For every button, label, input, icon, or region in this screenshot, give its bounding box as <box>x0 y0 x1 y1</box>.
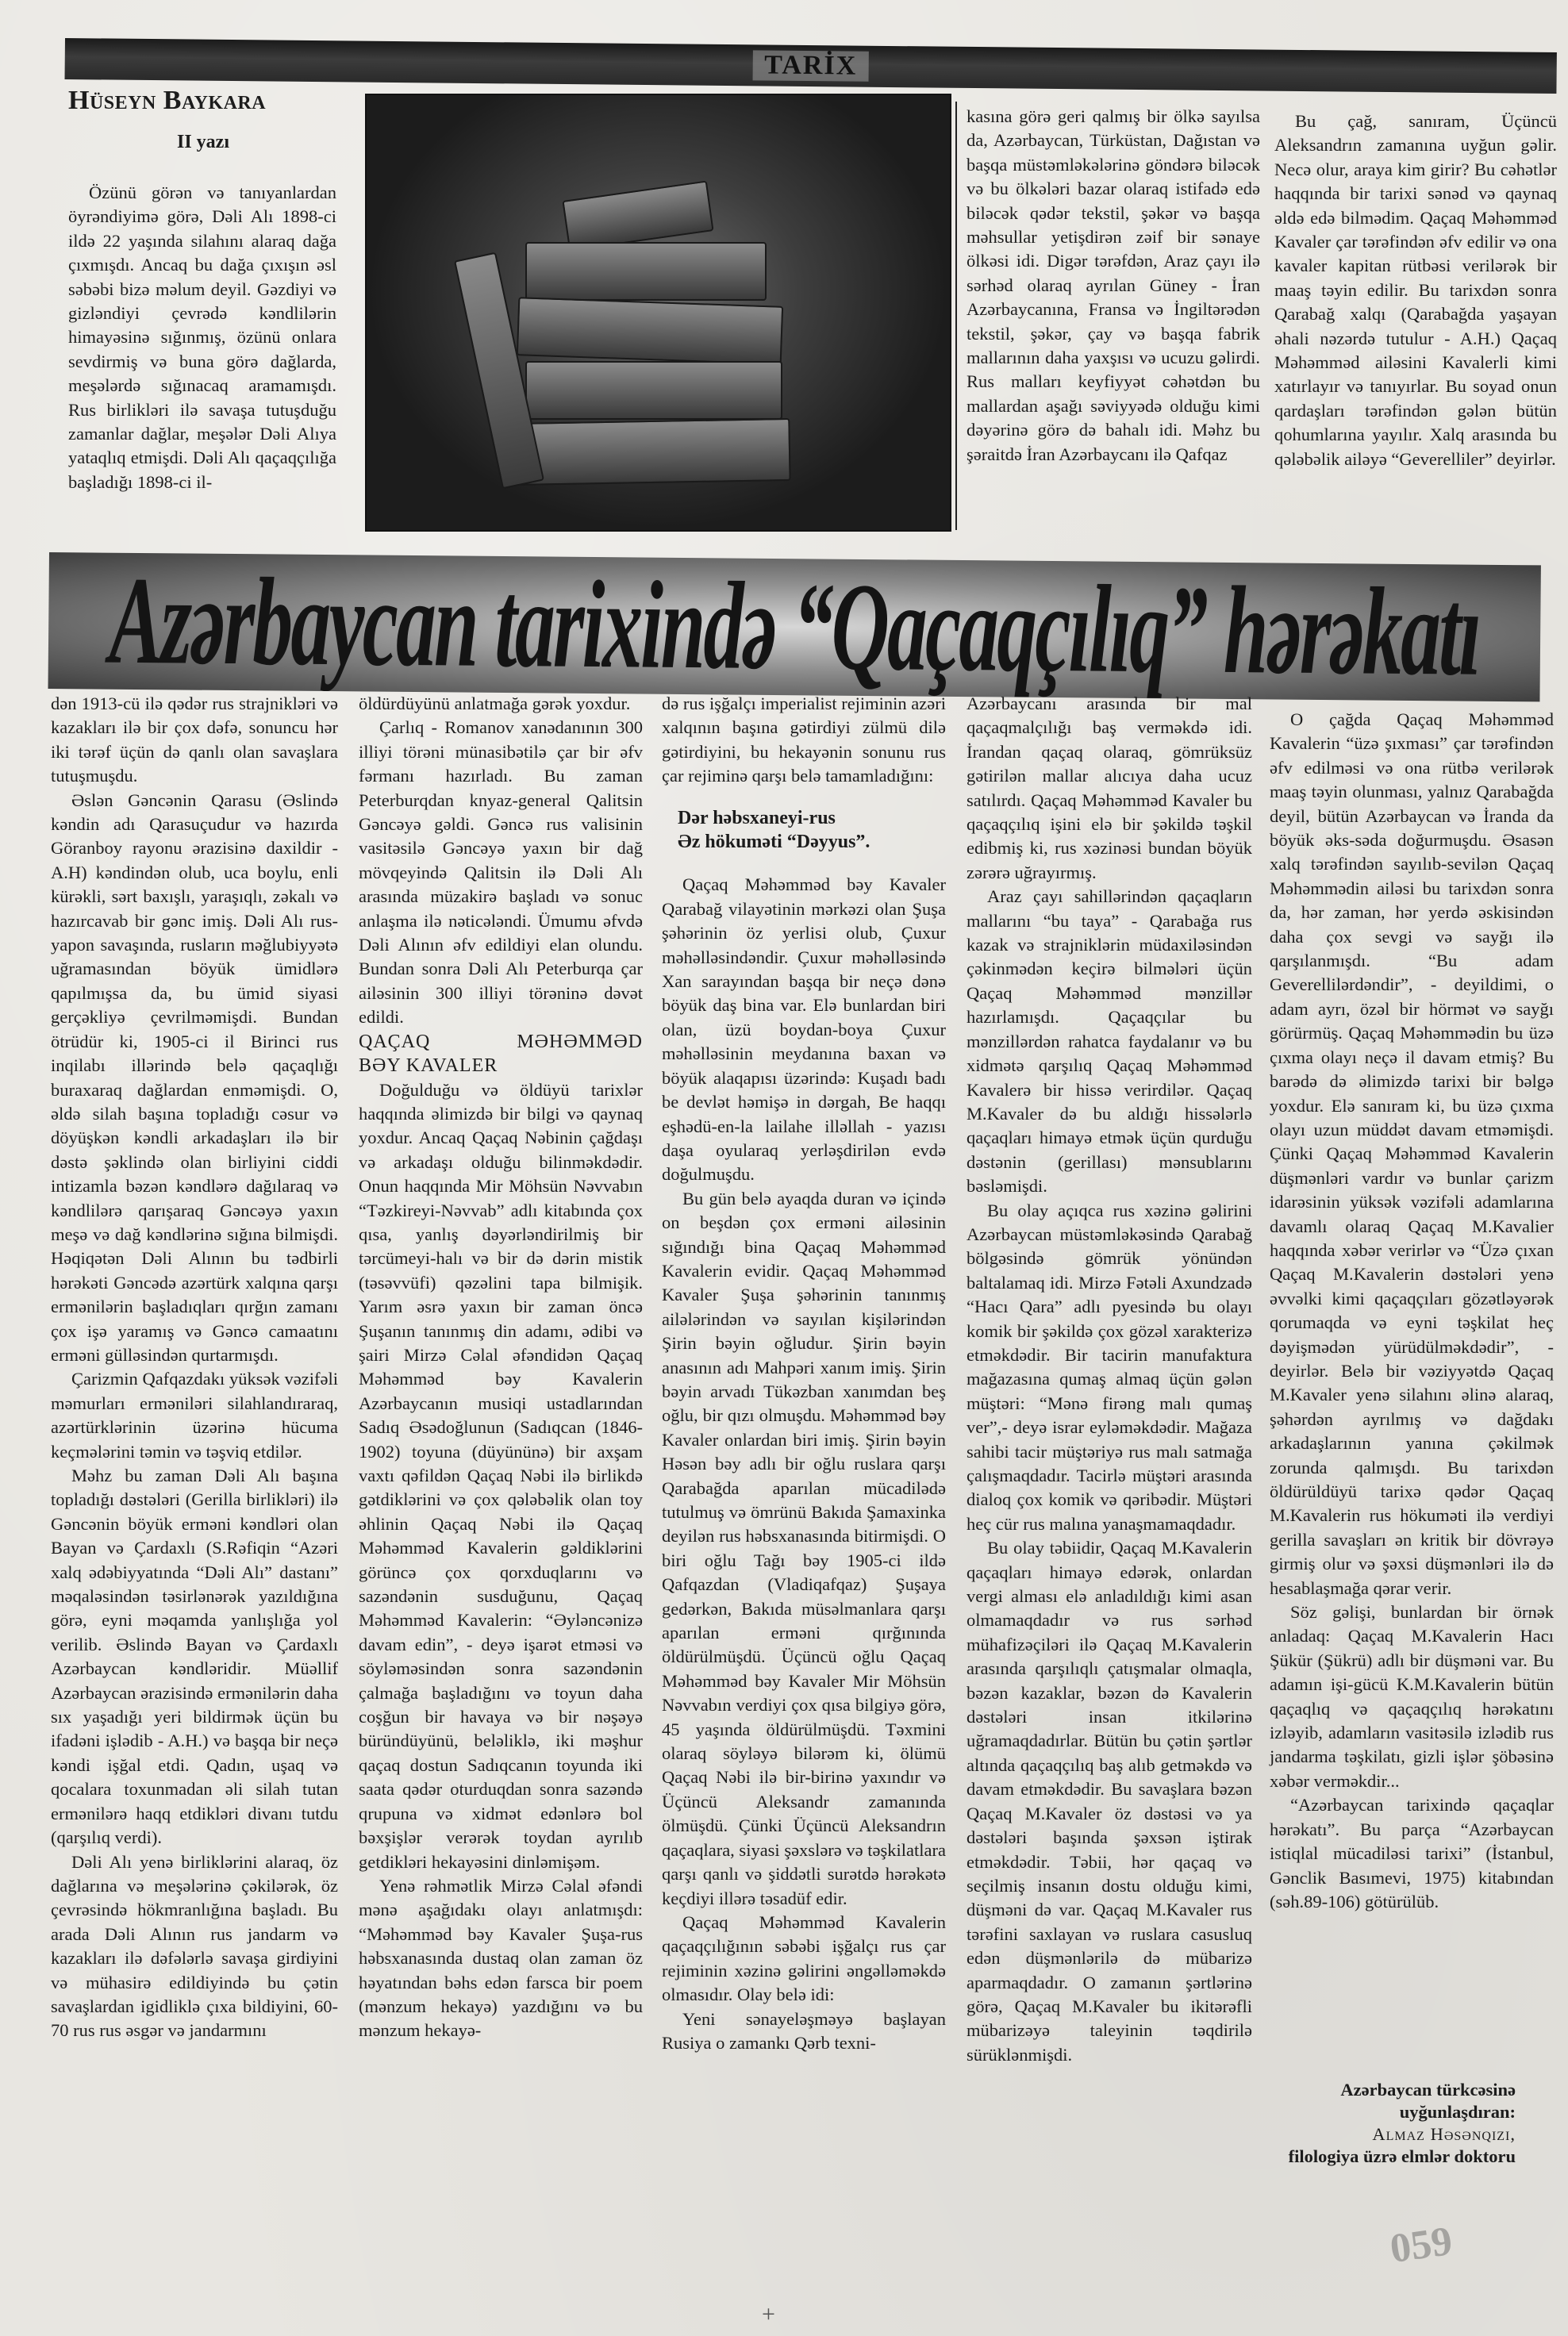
paragraph: Söz gəlişi, bunlardan bir örnək anladaq:… <box>1270 1600 1554 1793</box>
body-column-2: öldürdüyünü anlatmağa gərək yoxdur.Çarlı… <box>359 692 643 2043</box>
top-column-3: Bu çağ, sanıram, Üçüncü Aleksandrın zama… <box>1274 109 1557 471</box>
paragraph: Qaçaq Məhəmməd bəy Kavaler Qarabağ vilay… <box>662 873 946 1186</box>
paragraph: Yeni sənayeləşməyə başlayan Rusiya o zam… <box>662 2007 946 2056</box>
credit-line-1: Azərbaycan türkcəsinə <box>1278 2079 1516 2101</box>
top-column-1: Özünü görən və tanıyanlardan öyrəndiyimə… <box>68 181 336 494</box>
paragraph: Bu olay açıqca rus xəzinə gəlirini Azərb… <box>967 1199 1252 1537</box>
credit-line-2: uyğunlaşdıran: <box>1278 2101 1516 2123</box>
paragraph: Çarizmin Qafqazdakı yüksək vəzifəli məmu… <box>51 1367 338 1464</box>
column-rule <box>955 102 957 530</box>
paragraph: Özünü görən və tanıyanlardan öyrəndiyimə… <box>68 181 336 494</box>
paragraph: dən 1913-cü ilə qədər rus strajnikləri v… <box>51 692 338 789</box>
paragraph: Bu olay təbiidir, Qaçaq M.Kavalerin qaça… <box>967 1536 1252 2067</box>
article-headline: Azərbaycan tarixində “Qaçaqçılıq” hərəka… <box>109 552 1480 701</box>
paragraph: Bu çağ, sanıram, Üçüncü Aleksandrın zama… <box>1274 109 1557 471</box>
body-column-1: dən 1913-cü ilə qədər rus strajnikləri v… <box>51 692 338 2043</box>
paragraph: Doğulduğu və öldüyü tarixlər haqqında əl… <box>359 1078 643 1874</box>
paragraph: Dəli Alı yenə birliklərini alaraq, öz da… <box>51 1850 338 2043</box>
verse-quote: Dər həbsxaneyi-rus Əz hökuməti “Dəyyus”. <box>662 806 946 855</box>
article-photo <box>365 94 951 532</box>
translator-name: Almaz Həsənqızı, <box>1278 2123 1516 2146</box>
paragraph: öldürdüyünü anlatmağa gərək yoxdur. <box>359 692 643 716</box>
paragraph: Məhz bu zaman Dəli Alı başına topladığı … <box>51 1464 338 1850</box>
article-headline-banner: Azərbaycan tarixində “Qaçaqçılıq” hərəka… <box>48 552 1540 701</box>
paragraph: Çarlıq - Romanov xanədanının 300 illiyi … <box>359 716 643 1029</box>
paragraph: “Azərbaycan tarixində qaçaqlar hərəkatı”… <box>1270 1793 1554 1914</box>
paragraph: Əslən Gəncənin Qarasu (Əslində kəndin ad… <box>51 789 338 1368</box>
paragraph: Azərbaycanı arasında bir mal qaçaqmalçıl… <box>967 692 1252 885</box>
page-number-stamp: 059 <box>1387 2218 1455 2273</box>
paragraph: Araz çayı sahillərindən qaçaqların malla… <box>967 885 1252 1198</box>
paragraph: Yenə rəhmətlik Mirzə Cəlal əfəndi mənə a… <box>359 1874 643 2043</box>
paragraph: də rus işğalçı imperialist rejiminin azə… <box>662 692 946 789</box>
subheading: BƏY KAVALER <box>359 1054 643 1078</box>
translator-title: filologiya üzrə elmlər doktoru <box>1278 2146 1516 2168</box>
registration-mark-icon: + <box>762 2301 775 2328</box>
section-label: TARİX <box>753 50 868 81</box>
paragraph: kasına görə geri qalmış bir ölkə sayılsa… <box>967 105 1260 467</box>
paragraph: Qaçaq Məhəmməd Kavalerin qaçaqçılığının … <box>662 1911 946 2007</box>
translator-credit: Azərbaycan türkcəsinə uyğunlaşdıran: Alm… <box>1278 2079 1516 2168</box>
body-column-5: O çağda Qaçaq Məhəmməd Kavalerin “üzə şı… <box>1270 708 1554 1914</box>
subheading: QAÇAQ MƏHƏMMƏD <box>359 1030 643 1054</box>
article-part-label: II yazı <box>68 132 338 153</box>
top-column-2: kasına görə geri qalmış bir ölkə sayılsa… <box>967 105 1260 467</box>
body-column-4: Azərbaycanı arasında bir mal qaçaqmalçıl… <box>967 692 1252 2067</box>
author-byline: Hüseyn Baykara <box>68 86 338 116</box>
newspaper-page: TARİX Hüseyn Baykara II yazı Özünü görən… <box>0 0 1568 2336</box>
body-column-3: də rus işğalçı imperialist rejiminin azə… <box>662 692 946 2055</box>
paragraph: Bu gün belə ayaqda duran və içində on be… <box>662 1187 946 1911</box>
paragraph: O çağda Qaçaq Məhəmməd Kavalerin “üzə şı… <box>1270 708 1554 1600</box>
